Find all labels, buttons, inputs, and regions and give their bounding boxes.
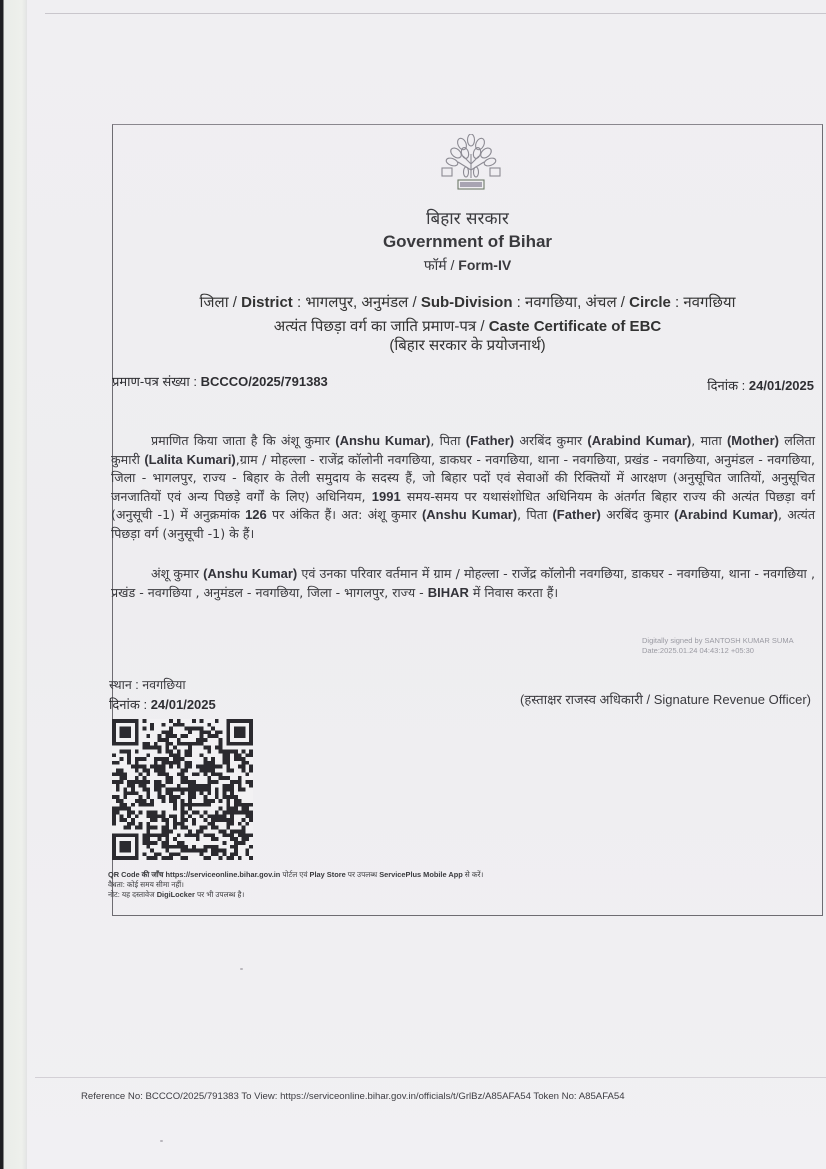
certificate-number-value: BCCCO/2025/791383 (201, 374, 328, 389)
footer-date-label: दिनांक : (109, 697, 147, 712)
district-label-en: District (241, 294, 293, 311)
circle-label-hi: अंचल (585, 294, 616, 311)
digital-sign-date: Date:2025.01.24 04:43:12 +05:30 (642, 646, 794, 656)
bihar-emblem-icon (436, 134, 506, 192)
purpose-note: (बिहार सरकार के प्रयोजनार्थ) (112, 335, 823, 355)
qr-code-icon (112, 719, 253, 860)
issue-date: दिनांक : 24/01/2025 (707, 376, 814, 394)
footer-date-value: 24/01/2025 (151, 697, 216, 712)
qr-note-line-2: वैधता: कोई समय सीमा नहीं। (108, 880, 483, 890)
form-label-english: Form-IV (458, 257, 511, 273)
certificate-title-en: Caste Certificate of EBC (489, 318, 662, 335)
residence-paragraph: अंशू कुमार (Anshu Kumar) एवं उनका परिवार… (111, 565, 815, 602)
certification-paragraph: प्रमाणित किया जाता है कि अंशू कुमार (Ans… (111, 432, 815, 544)
certificate-number-label: प्रमाण-पत्र संख्या : (112, 374, 197, 389)
issue-date-value: 24/01/2025 (749, 378, 814, 393)
paper-speck (160, 1140, 163, 1142)
subdivision-value: नवगछिया (525, 294, 577, 311)
form-label-hindi: फॉर्म (424, 257, 447, 273)
mother-name-en: (Lalita Kumari) (144, 452, 235, 467)
place-of-issue: स्थान : नवगछिया (109, 676, 186, 693)
footer-rule (35, 1077, 826, 1078)
jurisdiction-line: जिला / District : भागलपुर, अनुमंडल / Sub… (112, 292, 823, 312)
circle-value: नवगछिया (683, 294, 735, 311)
place-label: स्थान : (109, 678, 139, 692)
district-label-hi: जिला (200, 294, 229, 311)
certificate-number: प्रमाण-पत्र संख्या : BCCCO/2025/791383 (112, 372, 328, 390)
form-number: फॉर्म / Form-IV (112, 256, 823, 275)
verification-url[interactable]: https://serviceonline.bihar.gov.in (165, 870, 280, 879)
state-name: BIHAR (428, 585, 469, 600)
footer-date: दिनांक : 24/01/2025 (109, 695, 216, 713)
certificate-title-hi: अत्यंत पिछड़ा वर्ग का जाति प्रमाण-पत्र (274, 318, 476, 335)
signature-label: (हस्ताक्षर राजस्व अधिकारी / Signature Re… (520, 690, 811, 708)
circle-label-en: Circle (629, 294, 671, 311)
scanner-edge (0, 0, 27, 1169)
issue-date-label: दिनांक : (707, 378, 745, 393)
digital-signature-stamp: Digitally signed by SANTOSH KUMAR SUMA D… (642, 636, 794, 656)
reference-line: Reference No: BCCCO/2025/791383 To View:… (81, 1091, 625, 1102)
title-hindi: बिहार सरकार (112, 206, 823, 229)
qr-note-line-1: QR Code की जाँच https://serviceonline.bi… (108, 870, 483, 880)
father-name-en: (Arabind Kumar) (587, 433, 691, 448)
certificate-title: अत्यंत पिछड़ा वर्ग का जाति प्रमाण-पत्र /… (112, 316, 823, 336)
title-english: Government of Bihar (112, 232, 823, 252)
qr-verification-notes: QR Code की जाँच https://serviceonline.bi… (108, 870, 483, 900)
place-value: नवगछिया (142, 678, 185, 692)
applicant-name-en: (Anshu Kumar) (335, 433, 430, 448)
subdivision-label-hi: अनुमंडल (361, 294, 408, 311)
schedule-serial-number: 126 (245, 507, 267, 522)
top-rule (45, 13, 826, 14)
subdivision-label-en: Sub-Division (421, 294, 513, 311)
digital-signer: Digitally signed by SANTOSH KUMAR SUMA (642, 636, 794, 646)
qr-note-line-3: नोट: यह दस्तावेज DigiLocker पर भी उपलब्ध… (108, 890, 483, 900)
district-value: भागलपुर (305, 294, 353, 311)
paper-speck (240, 968, 243, 970)
